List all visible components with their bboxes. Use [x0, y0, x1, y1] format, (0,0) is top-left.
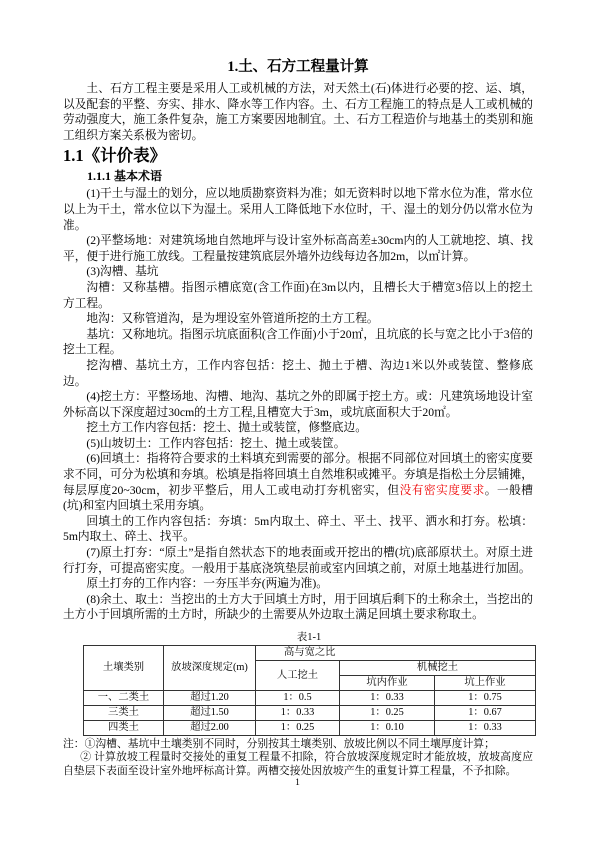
cell-in-pit-ratio: 1：0.25	[340, 706, 435, 721]
term-paragraph-excavation-work: 挖土方工作内容包括：挖土、抛土或装筐，修整底边。	[63, 420, 533, 436]
table-row: 四类土 超过2.00 1：0.25 1：0.10 1：0.33	[84, 721, 536, 736]
document-page: 1.土、石方工程量计算 土、石方工程主要是采用人工或机械的方法，对天然土(石)体…	[0, 0, 595, 842]
cell-in-pit-ratio: 1：0.33	[340, 691, 435, 706]
header-soil-type: 土壤类别	[84, 646, 164, 691]
cell-depth: 超过1.20	[164, 691, 256, 706]
table-notes: 注：①沟槽、基坑中土壤类别不同时，分别按其土壤类别、放坡比例以不同土壤厚度计算；…	[63, 738, 533, 778]
cell-soil-class: 四类土	[84, 721, 164, 736]
cell-depth: 超过1.50	[164, 706, 256, 721]
header-in-pit: 坑内作业	[340, 676, 435, 691]
cell-above-pit-ratio: 1：0.33	[435, 721, 536, 736]
header-above-pit: 坑上作业	[435, 676, 536, 691]
term-paragraph-original-soil-ramming: (7)原土打夯：“原土”是指自然状态下的地表面或开挖出的槽(坑)底部原状土。对原…	[63, 545, 533, 576]
table-note-1: 注：①沟槽、基坑中土壤类别不同时，分别按其土壤类别、放坡比例以不同土壤厚度计算；	[63, 738, 533, 751]
cell-manual-ratio: 1：0.25	[256, 721, 340, 736]
term-paragraph-excavation: (4)挖土方：平整场地、沟槽、地沟、基坑之外的即属于挖土方。或：凡建筑场地设计室…	[63, 389, 533, 420]
cell-soil-class: 三类土	[84, 706, 164, 721]
table-caption: 表1-1	[83, 631, 535, 644]
table-row: 三类土 超过1.50 1：0.33 1：0.25 1：0.67	[84, 706, 536, 721]
term-paragraph-backfill-work: 回填土的工作内容包括：夯填：5m内取土、碎土、平土、找平、洒水和打夯。松填：5m…	[63, 514, 533, 545]
cell-manual-ratio: 1：0.33	[256, 706, 340, 721]
cell-depth: 超过2.00	[164, 721, 256, 736]
term-paragraph-foundation-pit: 基坑：又称地坑。指图示坑底面积(含工作面)小于20㎡，且坑底的长与宽之比小于3倍…	[63, 327, 533, 358]
section-heading-1-1: 1.1《计价表》	[63, 146, 533, 166]
header-height-width-ratio: 高与宽之比	[256, 646, 536, 661]
term-paragraph-dry-wet-soil: (1)干土与湿土的划分，应以地质勘察资料为准；如无资料时以地下常水位为准，常水位…	[63, 186, 533, 233]
cell-above-pit-ratio: 1：0.75	[435, 691, 536, 706]
term-paragraph-backfill: (6)回填土：指将符合要求的土料填充到需要的部分。根据不同部位对回填土的密实度要…	[63, 451, 533, 513]
cell-above-pit-ratio: 1：0.67	[435, 706, 536, 721]
cell-in-pit-ratio: 1：0.10	[340, 721, 435, 736]
page-title: 1.土、石方工程量计算	[63, 58, 533, 76]
subsection-heading-1-1-1: 1.1.1 基本术语	[87, 168, 533, 184]
term-paragraph-trench: 沟槽：又称基槽。指图示槽底宽(含工作面)在3m以内，且槽长大于槽宽3倍以上的挖土…	[63, 280, 533, 311]
term-paragraph-ground-ditch: 地沟：又称管道沟，是为埋设室外管道所挖的土方工程。	[63, 311, 533, 327]
slope-ratio-table: 土壤类别 放坡深度规定(m) 高与宽之比 人工挖土 机械挖土 坑内作业 坑上作业…	[83, 645, 536, 736]
table-header-row-1: 土壤类别 放坡深度规定(m) 高与宽之比	[84, 646, 536, 661]
header-manual-excavation: 人工挖土	[256, 661, 340, 691]
term-paragraph-ramming-work: 原土打夯的工作内容：一夯压半夯(两遍为准)。	[63, 576, 533, 592]
table-row: 一、二类土 超过1.20 1：0.5 1：0.33 1：0.75	[84, 691, 536, 706]
backfill-text-highlight-red: 没有密实度要求	[400, 484, 485, 497]
header-mechanical-excavation: 机械挖土	[340, 661, 536, 676]
table-note-2: ② 计算放坡工程量时交接处的重复工程量不扣除，符合放坡深度规定时才能放坡，放坡高…	[63, 751, 533, 778]
cell-soil-class: 一、二类土	[84, 691, 164, 706]
term-paragraph-trench-pit-head: (3)沟槽、基坑	[63, 264, 533, 280]
intro-paragraph: 土、石方工程主要是采用人工或机械的方法，对天然土(石)体进行必要的挖、运、填，以…	[63, 81, 533, 143]
header-slope-depth: 放坡深度规定(m)	[164, 646, 256, 691]
term-paragraph-surplus-borrow-soil: (8)余土、取土：当挖出的土方大于回填土方时，用于回填后剩下的土称余土，当挖出的…	[63, 592, 533, 623]
term-paragraph-trench-pit-work: 挖沟槽、基坑土方，工作内容包括：挖土、抛土于槽、沟边1米以外或装筐、整修底边。	[63, 358, 533, 389]
term-paragraph-hillside-cut: (5)山坡切土：工作内容包括：挖土、抛土或装筐。	[63, 436, 533, 452]
cell-manual-ratio: 1：0.5	[256, 691, 340, 706]
page-number: 1	[0, 778, 595, 788]
term-paragraph-site-leveling: (2)平整场地：对建筑场地自然地坪与设计室外标高高差±30cm内的人工就地挖、填…	[63, 233, 533, 264]
